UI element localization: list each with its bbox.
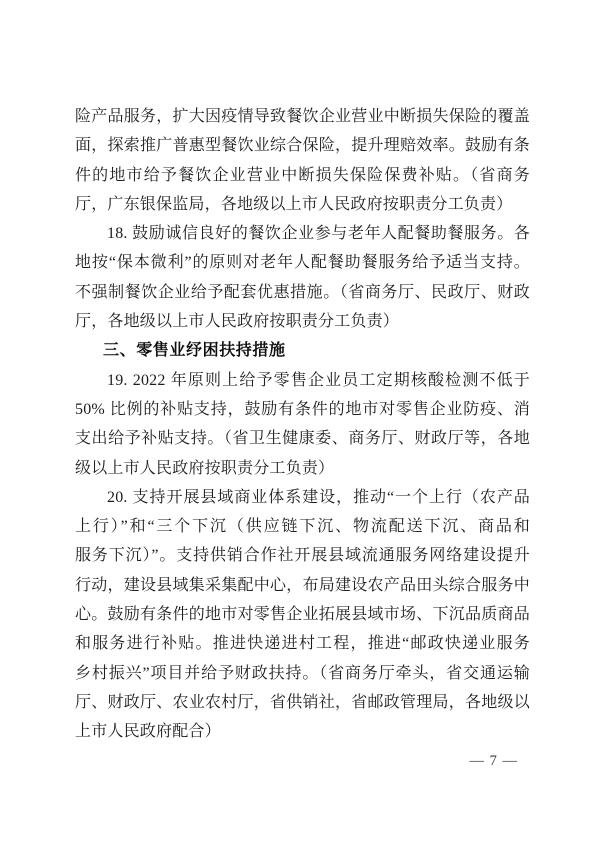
text-line: 厅、财政厅、农业农村厅，省供销社，省邮政管理局，各地级以 xyxy=(75,688,530,717)
text-line: 险产品服务，扩大因疫情导致餐饮企业营业中断损失保险的覆盖 xyxy=(75,102,530,131)
text-line: 上市人民政府配合） xyxy=(75,717,530,746)
paragraph-20: 20. 支持开展县域商业体系建设，推动“一个上行（农产品 上行）”和“三个下沉（… xyxy=(75,483,530,747)
text-line: 支出给予补贴支持。（省卫生健康委、商务厅、财政厅等，各地 xyxy=(75,424,530,453)
paragraph-18: 18. 鼓励诚信良好的餐饮企业参与老年人配餐助餐服务。各 地按“保本微利”的原则… xyxy=(75,219,530,336)
text-line: 面，探索推广普惠型餐饮业综合保险，提升理赔效率。鼓励有条 xyxy=(75,131,530,160)
paragraph-19: 19. 2022 年原则上给予零售企业员工定期核酸检测不低于 50% 比例的补贴… xyxy=(75,366,530,483)
page-number: — 7 — xyxy=(470,753,519,770)
text-line: 厅，广东银保监局，各地级以上市人民政府按职责分工负责） xyxy=(75,190,530,219)
text-line: 不强制餐饮企业给予配套优惠措施。（省商务厅、民政厅、财政 xyxy=(75,278,530,307)
text-line: 19. 2022 年原则上给予零售企业员工定期核酸检测不低于 xyxy=(75,366,530,395)
text-line: 50% 比例的补贴支持，鼓励有条件的地市对零售企业防疫、消杀 xyxy=(75,395,530,424)
text-line: 和服务进行补贴。推进快递进村工程，推进“邮政快递业服务 xyxy=(75,629,530,658)
text-line: 服务下沉）”。支持供销合作社开展县域流通服务网络建设提升 xyxy=(75,541,530,570)
text-line: 乡村振兴”项目并给予财政扶持。（省商务厅牵头，省交通运输 xyxy=(75,659,530,688)
text-line: 级以上市人民政府按职责分工负责） xyxy=(75,454,530,483)
section-heading: 三、零售业纾困扶持措施 xyxy=(75,336,530,365)
text-line: 厅，各地级以上市人民政府按职责分工负责） xyxy=(75,307,530,336)
text-line: 地按“保本微利”的原则对老年人配餐助餐服务给予适当支持。 xyxy=(75,248,530,277)
document-page: 险产品服务，扩大因疫情导致餐饮企业营业中断损失保险的覆盖 面，探索推广普惠型餐饮… xyxy=(0,0,600,848)
document-body: 险产品服务，扩大因疫情导致餐饮企业营业中断损失保险的覆盖 面，探索推广普惠型餐饮… xyxy=(75,102,530,747)
text-line: 上行）”和“三个下沉（供应链下沉、物流配送下沉、商品和 xyxy=(75,512,530,541)
text-line: 心。鼓励有条件的地市对零售企业拓展县域市场、下沉品质商品 xyxy=(75,600,530,629)
text-line: 20. 支持开展县域商业体系建设，推动“一个上行（农产品 xyxy=(75,483,530,512)
text-line: 行动，建设县域集采集配中心，布局建设农产品田头综合服务中 xyxy=(75,571,530,600)
text-line: 件的地市给予餐饮企业营业中断损失保险保费补贴。（省商务 xyxy=(75,161,530,190)
paragraph-17-continuation: 险产品服务，扩大因疫情导致餐饮企业营业中断损失保险的覆盖 面，探索推广普惠型餐饮… xyxy=(75,102,530,219)
text-line: 18. 鼓励诚信良好的餐饮企业参与老年人配餐助餐服务。各 xyxy=(75,219,530,248)
